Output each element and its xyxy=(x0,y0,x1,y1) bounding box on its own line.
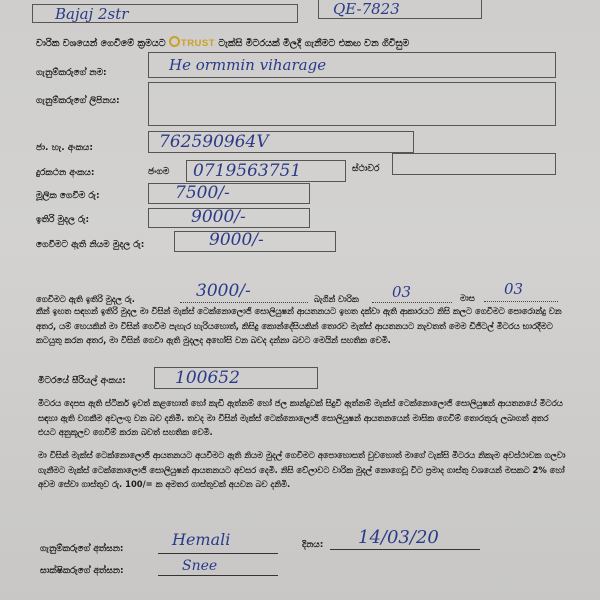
vehicle-number-box[interactable]: QE-7823 xyxy=(318,0,482,19)
installment-balance-line[interactable] xyxy=(180,302,308,303)
installments-line[interactable] xyxy=(372,302,452,303)
months-value: 03 xyxy=(504,280,523,298)
vehicle-model-value: Bajaj 2str xyxy=(55,5,128,23)
buyer-signature-line[interactable] xyxy=(158,553,278,554)
installment-balance-value: 3000/- xyxy=(196,281,251,301)
trust-logo: TRUST xyxy=(169,38,215,49)
date-label: දිනය: xyxy=(302,540,323,550)
vehicle-model-box[interactable]: Bajaj 2str xyxy=(32,4,298,23)
date-value: 14/03/20 xyxy=(358,527,439,548)
title-part-1: වාරික වශයෙන් ගෙවීමේ ක්‍රමයට xyxy=(36,38,166,49)
buyer-address-label: ගැනුම්කරුගේ ලිපිනය: xyxy=(36,96,120,106)
buyer-address-field[interactable] xyxy=(148,82,556,126)
default-terms-paragraph: මා විසින් මැක්ස් ටෙක්නොලොජි ආයතනයට අයවීම… xyxy=(38,448,568,492)
total-due-label: ගෙවීමට ඇති නියම මුදල රු: xyxy=(36,240,144,250)
fixed-phone-label: ස්ථාවර xyxy=(352,164,379,174)
initial-payment-label: මූලික ගෙවීම රු: xyxy=(36,191,100,201)
mobile-label: ජංගම xyxy=(148,167,169,177)
nic-value: 762590964V xyxy=(159,132,269,152)
buyer-name-field[interactable]: He ormmin viharage xyxy=(148,52,556,78)
installments-value: 03 xyxy=(392,283,411,301)
nic-field[interactable]: 762590964V xyxy=(148,131,414,153)
form-title: වාරික වශයෙන් ගෙවීමේ ක්‍රමයට TRUST ටැක්සි… xyxy=(36,36,409,49)
witness-signature-line[interactable] xyxy=(158,575,278,576)
mobile-value: 0719563751 xyxy=(193,161,301,181)
warranty-paragraph: මීටරය දෙපස ඇති ස්ටිකර් ඉවත් කළහොත් හෝ කැ… xyxy=(38,396,568,440)
months-label: මාස xyxy=(460,293,475,304)
mobile-field[interactable]: 0719563751 xyxy=(186,160,346,182)
buyer-name-label: ගැනුම්කරුගේ නම: xyxy=(36,68,107,78)
total-due-value: 9000/- xyxy=(209,230,264,250)
balance-label: ඉතිරි මුදල රු: xyxy=(36,215,89,225)
agreement-form: Bajaj 2str QE-7823 වාරික වශයෙන් ගෙවීමේ ක… xyxy=(0,0,600,600)
date-line[interactable] xyxy=(330,549,480,550)
buyer-signature-value: Hemali xyxy=(172,530,230,549)
balance-field[interactable]: 9000/- xyxy=(148,208,310,228)
witness-signature-value: Snee xyxy=(182,558,217,574)
total-due-field[interactable]: 9000/- xyxy=(174,231,336,252)
nic-label: ජා. හැ. අංකය: xyxy=(36,143,93,153)
vehicle-number-value: QE-7823 xyxy=(333,0,400,18)
balance-value: 9000/- xyxy=(191,207,246,227)
meter-serial-field[interactable]: 100652 xyxy=(154,367,318,389)
meter-serial-value: 100652 xyxy=(175,368,240,388)
months-line[interactable] xyxy=(484,301,558,302)
buyer-signature-label: ගැනුම්කරුගේ අත්සන: xyxy=(40,544,124,554)
initial-payment-value: 7500/- xyxy=(175,183,230,203)
buyer-name-value: He ormmin viharage xyxy=(169,56,326,74)
title-part-2: ටැක්සි මීටරයක් මිලදී ගැනීමට එකඟ වන ගිවිස… xyxy=(218,38,409,49)
trust-logo-text: TRUST xyxy=(181,38,215,49)
witness-signature-label: සාක්ෂිකරුගේ අත්සන: xyxy=(40,566,124,576)
initial-payment-field[interactable]: 7500/- xyxy=(148,183,310,204)
fixed-phone-field[interactable] xyxy=(392,153,556,175)
trust-logo-icon xyxy=(169,36,180,47)
payment-terms-paragraph: කීන් ඉහත සඳහන් ඉතිරි මුදල මා විසින් මැක්… xyxy=(36,304,566,348)
phone-label: දුරකථන අංකය: xyxy=(36,168,94,178)
meter-serial-label: මීටරයේ සීරියල් අංකය: xyxy=(38,376,126,386)
